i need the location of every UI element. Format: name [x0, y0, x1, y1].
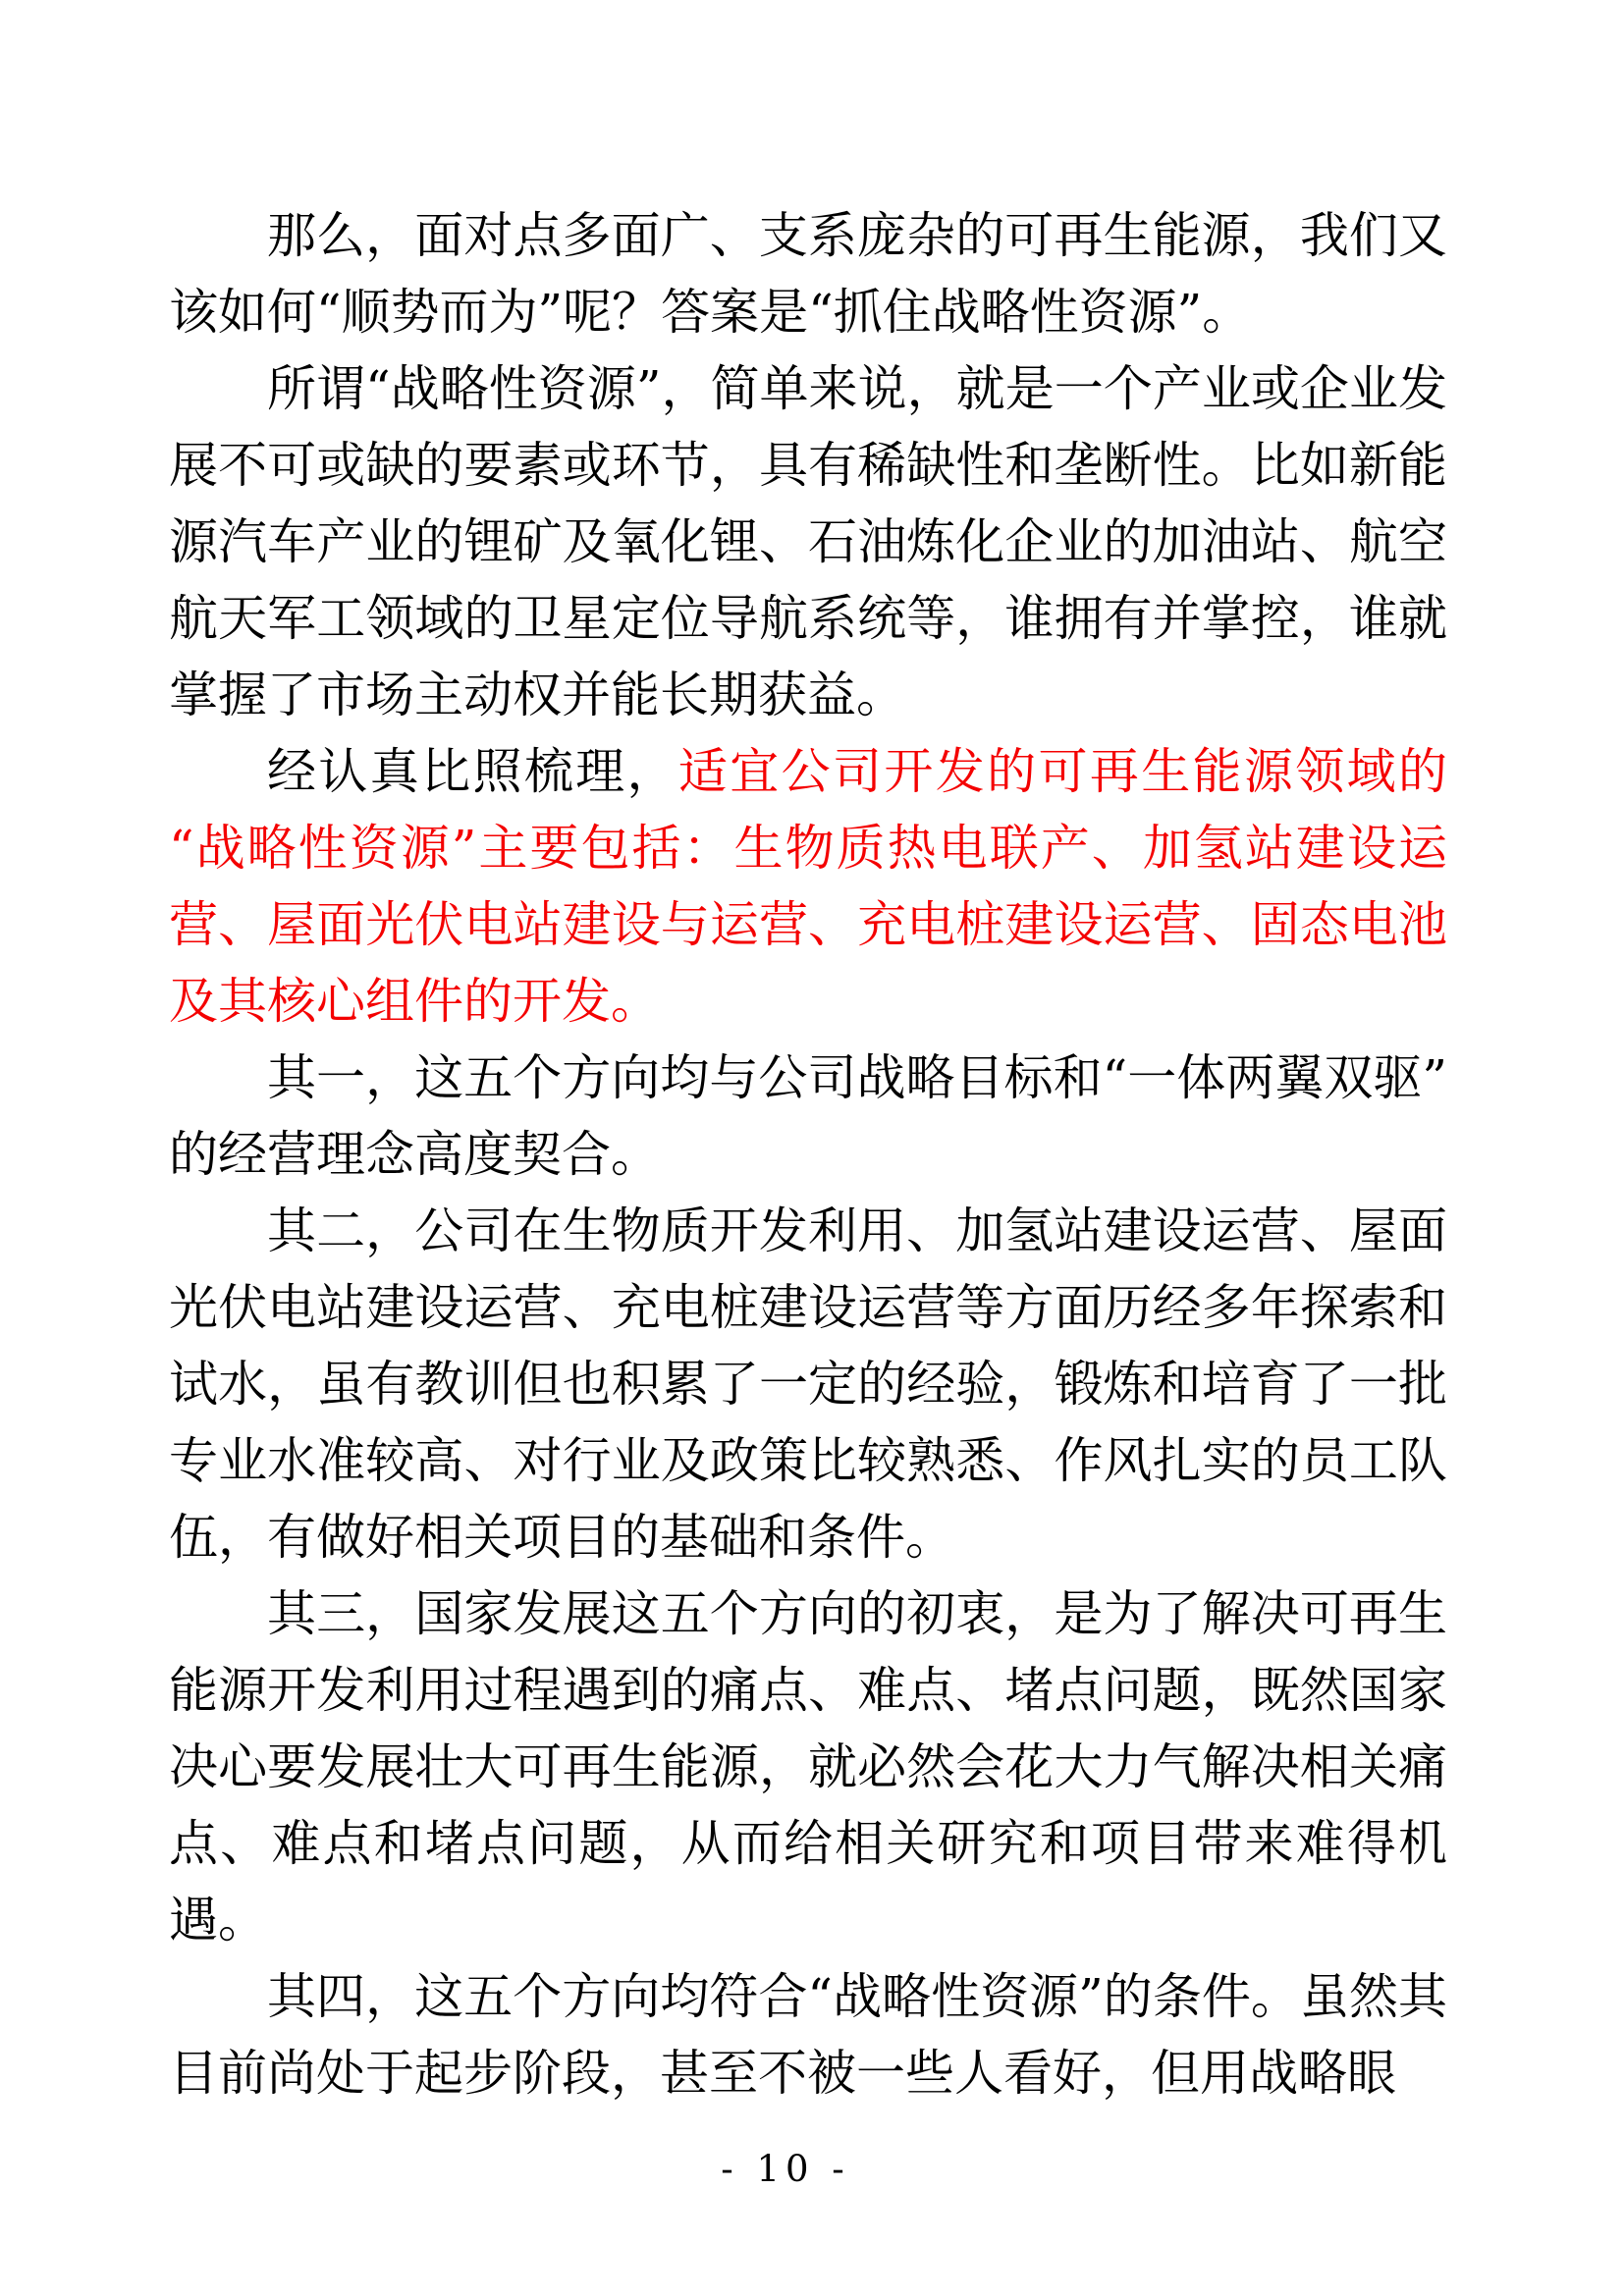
paragraph-segment: 那么，面对点多面广、支系庞杂的可再生能源，我们又该如何“顺势而为”呢？答案是“抓… — [169, 207, 1447, 341]
para-reason-three: 其三，国家发展这五个方向的初衷，是为了解决可再生能源开发利用过程遇到的痛点、难点… — [169, 1575, 1447, 1958]
page-number: - 10 - — [0, 2148, 1571, 2190]
document-page: 那么，面对点多面广、支系庞杂的可再生能源，我们又该如何“顺势而为”呢？答案是“抓… — [0, 0, 1624, 2296]
document-body: 那么，面对点多面广、支系庞杂的可再生能源，我们又该如何“顺势而为”呢？答案是“抓… — [169, 197, 1447, 2111]
para-intro-question: 那么，面对点多面广、支系庞杂的可再生能源，我们又该如何“顺势而为”呢？答案是“抓… — [169, 197, 1447, 350]
para-reason-four: 其四，这五个方向均符合“战略性资源”的条件。虽然其目前尚处于起步阶段，甚至不被一… — [169, 1958, 1447, 2111]
para-definition: 所谓“战略性资源”，简单来说，就是一个产业或企业发展不可或缺的要素或环节，具有稀… — [169, 350, 1447, 733]
para-reason-two: 其二，公司在生物质开发利用、加氢站建设运营、屋面光伏电站建设运营、充电桩建设运营… — [169, 1193, 1447, 1575]
para-reason-one: 其一，这五个方向均与公司战略目标和“一体两翼双驱”的经营理念高度契合。 — [169, 1040, 1447, 1193]
paragraph-segment: 其三，国家发展这五个方向的初衷，是为了解决可再生能源开发利用过程遇到的痛点、难点… — [169, 1585, 1447, 1949]
paragraph-segment: 经认真比照梳理， — [267, 743, 678, 800]
paragraph-segment: 其二，公司在生物质开发利用、加氢站建设运营、屋面光伏电站建设运营、充电桩建设运营… — [169, 1202, 1447, 1566]
paragraph-segment: 其四，这五个方向均符合“战略性资源”的条件。虽然其目前尚处于起步阶段，甚至不被一… — [169, 1968, 1447, 2102]
para-strategic-resources: 经认真比照梳理，适宜公司开发的可再生能源领域的“战略性资源”主要包括：生物质热电… — [169, 733, 1447, 1040]
paragraph-segment: 所谓“战略性资源”，简单来说，就是一个产业或企业发展不可或缺的要素或环节，具有稀… — [169, 360, 1447, 723]
paragraph-segment: 其一，这五个方向均与公司战略目标和“一体两翼双驱”的经营理念高度契合。 — [169, 1049, 1447, 1183]
